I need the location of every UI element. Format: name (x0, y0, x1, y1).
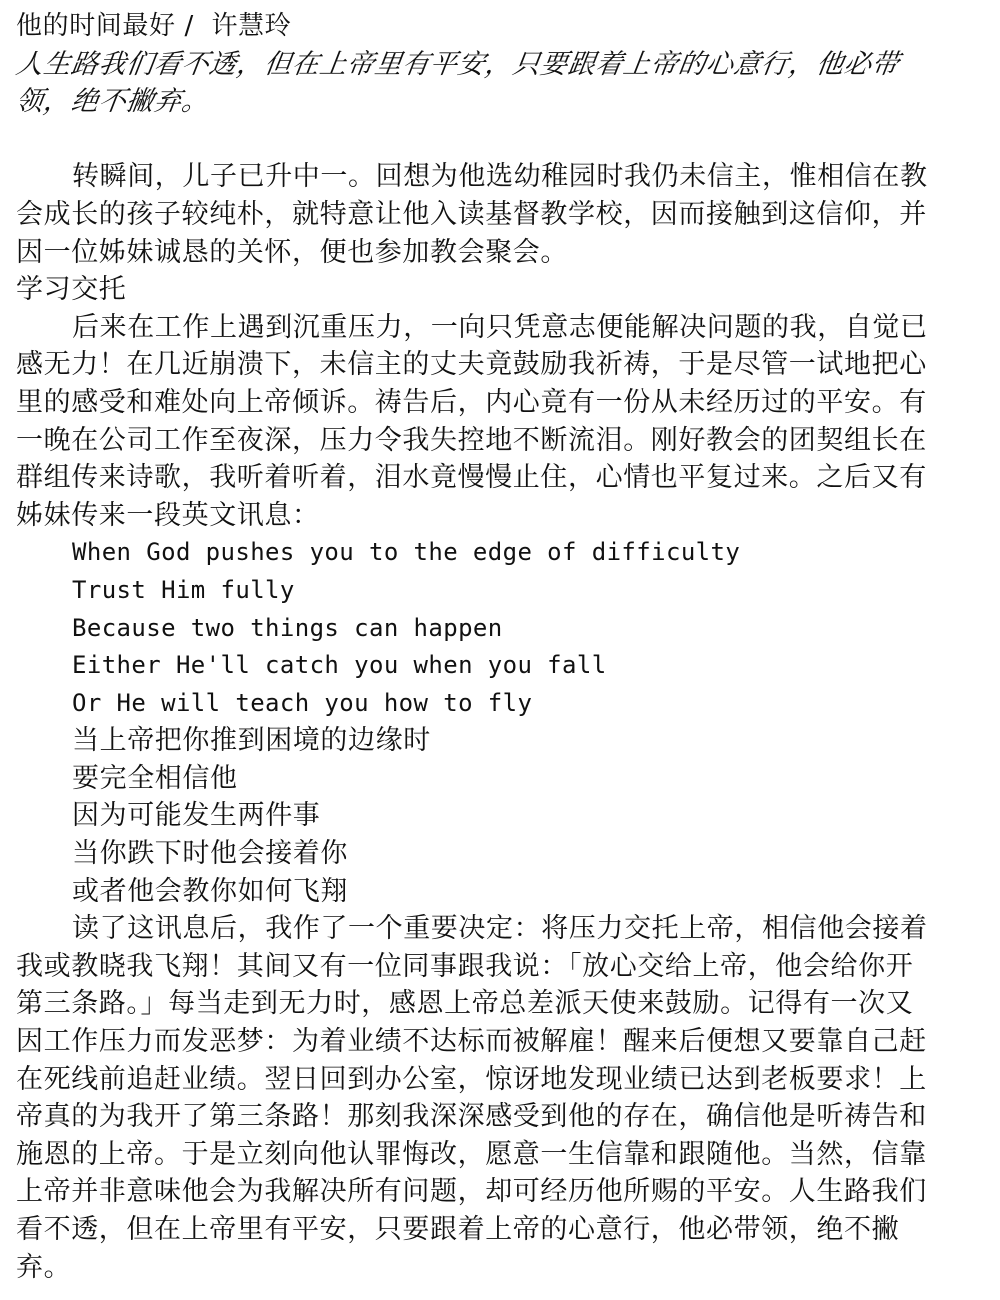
article-subtitle: 人生路我们看不透，但在上帝里有平安，只要跟着上帝的心意行，他必带 领，绝不撇弃。 (16, 46, 1000, 121)
paragraph-2: 后来在工作上遇到沉重压力，一向只凭意志便能解决问题的我，自觉已 感无力！在几近崩… (16, 309, 1000, 535)
paragraph-line: 施恩的上帝。于是立刻向他认罪悔改，愿意一生信靠和跟随他。当然，信靠 (16, 1136, 1000, 1174)
section-heading: 学习交托 (16, 271, 1000, 309)
spacer (16, 121, 1000, 159)
paragraph-line: 后来在工作上遇到沉重压力，一向只凭意志便能解决问题的我，自觉已 (16, 309, 1000, 347)
paragraph-line: 转瞬间，儿子已升中一。回想为他选幼稚园时我仍未信主，惟相信在教 (16, 158, 1000, 196)
paragraph-1: 转瞬间，儿子已升中一。回想为他选幼稚园时我仍未信主，惟相信在教 会成长的孩子较纯… (16, 158, 1000, 271)
poem-english: When God pushes you to the edge of diffi… (16, 534, 1000, 722)
poem-line: 当上帝把你推到困境的边缘时 (16, 722, 1000, 760)
poem-line: Or He will teach you how to fly (16, 685, 1000, 723)
paragraph-line: 帝真的为我开了第三条路！那刻我深深感受到他的存在，确信他是听祷告和 (16, 1098, 1000, 1136)
poem-line: 要完全相信他 (16, 760, 1000, 798)
paragraph-line: 我或教晓我飞翔！其间又有一位同事跟我说：「放心交给上帝，他会给你开 (16, 948, 1000, 986)
subtitle-line: 人生路我们看不透，但在上帝里有平安，只要跟着上帝的心意行，他必带 (13, 46, 1000, 84)
paragraph-line: 因一位姊妹诚恳的关怀，便也参加教会聚会。 (16, 234, 1000, 272)
paragraph-line: 因工作压力而发恶梦：为着业绩不达标而被解雇！醒来后便想又要靠自己赶 (16, 1023, 1000, 1061)
poem-line: 当你跌下时他会接着你 (16, 835, 1000, 873)
article: 他的时间最好 / 许慧玲 人生路我们看不透，但在上帝里有平安，只要跟着上帝的心意… (0, 0, 1000, 1286)
paragraph-line: 上帝并非意味他会为我解决所有问题，却可经历他所赐的平安。人生路我们 (16, 1173, 1000, 1211)
poem-line: 或者他会教你如何飞翔 (16, 873, 1000, 911)
paragraph-line: 读了这讯息后，我作了一个重要决定：将压力交托上帝，相信他会接着 (16, 910, 1000, 948)
subtitle-line: 领，绝不撇弃。 (13, 83, 1000, 121)
article-title-line: 他的时间最好 / 许慧玲 (16, 8, 1000, 46)
paragraph-line: 感无力！在几近崩溃下，未信主的丈夫竟鼓励我祈祷，于是尽管一试地把心 (16, 346, 1000, 384)
poem-line: Either He'll catch you when you fall (16, 647, 1000, 685)
poem-line: 因为可能发生两件事 (16, 797, 1000, 835)
paragraph-line: 一晚在公司工作至夜深，压力令我失控地不断流泪。刚好教会的团契组长在 (16, 422, 1000, 460)
paragraph-line: 姊妹传来一段英文讯息： (16, 497, 1000, 535)
poem-line: When God pushes you to the edge of diffi… (16, 534, 1000, 572)
paragraph-line: 群组传来诗歌，我听着听着，泪水竟慢慢止住，心情也平复过来。之后又有 (16, 459, 1000, 497)
paragraph-line: 里的感受和难处向上帝倾诉。祷告后，内心竟有一份从未经历过的平安。有 (16, 384, 1000, 422)
paragraph-line: 看不透，但在上帝里有平安，只要跟着上帝的心意行，他必带领，绝不撇 (16, 1211, 1000, 1249)
paragraph-line: 会成长的孩子较纯朴，就特意让他入读基督教学校，因而接触到这信仰，并 (16, 196, 1000, 234)
poem-chinese: 当上帝把你推到困境的边缘时 要完全相信他 因为可能发生两件事 当你跌下时他会接着… (16, 722, 1000, 910)
paragraph-line: 在死线前追赶业绩。翌日回到办公室，惊讶地发现业绩已达到老板要求！上 (16, 1061, 1000, 1099)
poem-line: Trust Him fully (16, 572, 1000, 610)
poem-line: Because two things can happen (16, 610, 1000, 648)
paragraph-line: 第三条路。」每当走到无力时，感恩上帝总差派天使来鼓励。记得有一次又 (16, 985, 1000, 1023)
paragraph-3: 读了这讯息后，我作了一个重要决定：将压力交托上帝，相信他会接着 我或教晓我飞翔！… (16, 910, 1000, 1286)
paragraph-line: 弃。 (16, 1249, 1000, 1287)
